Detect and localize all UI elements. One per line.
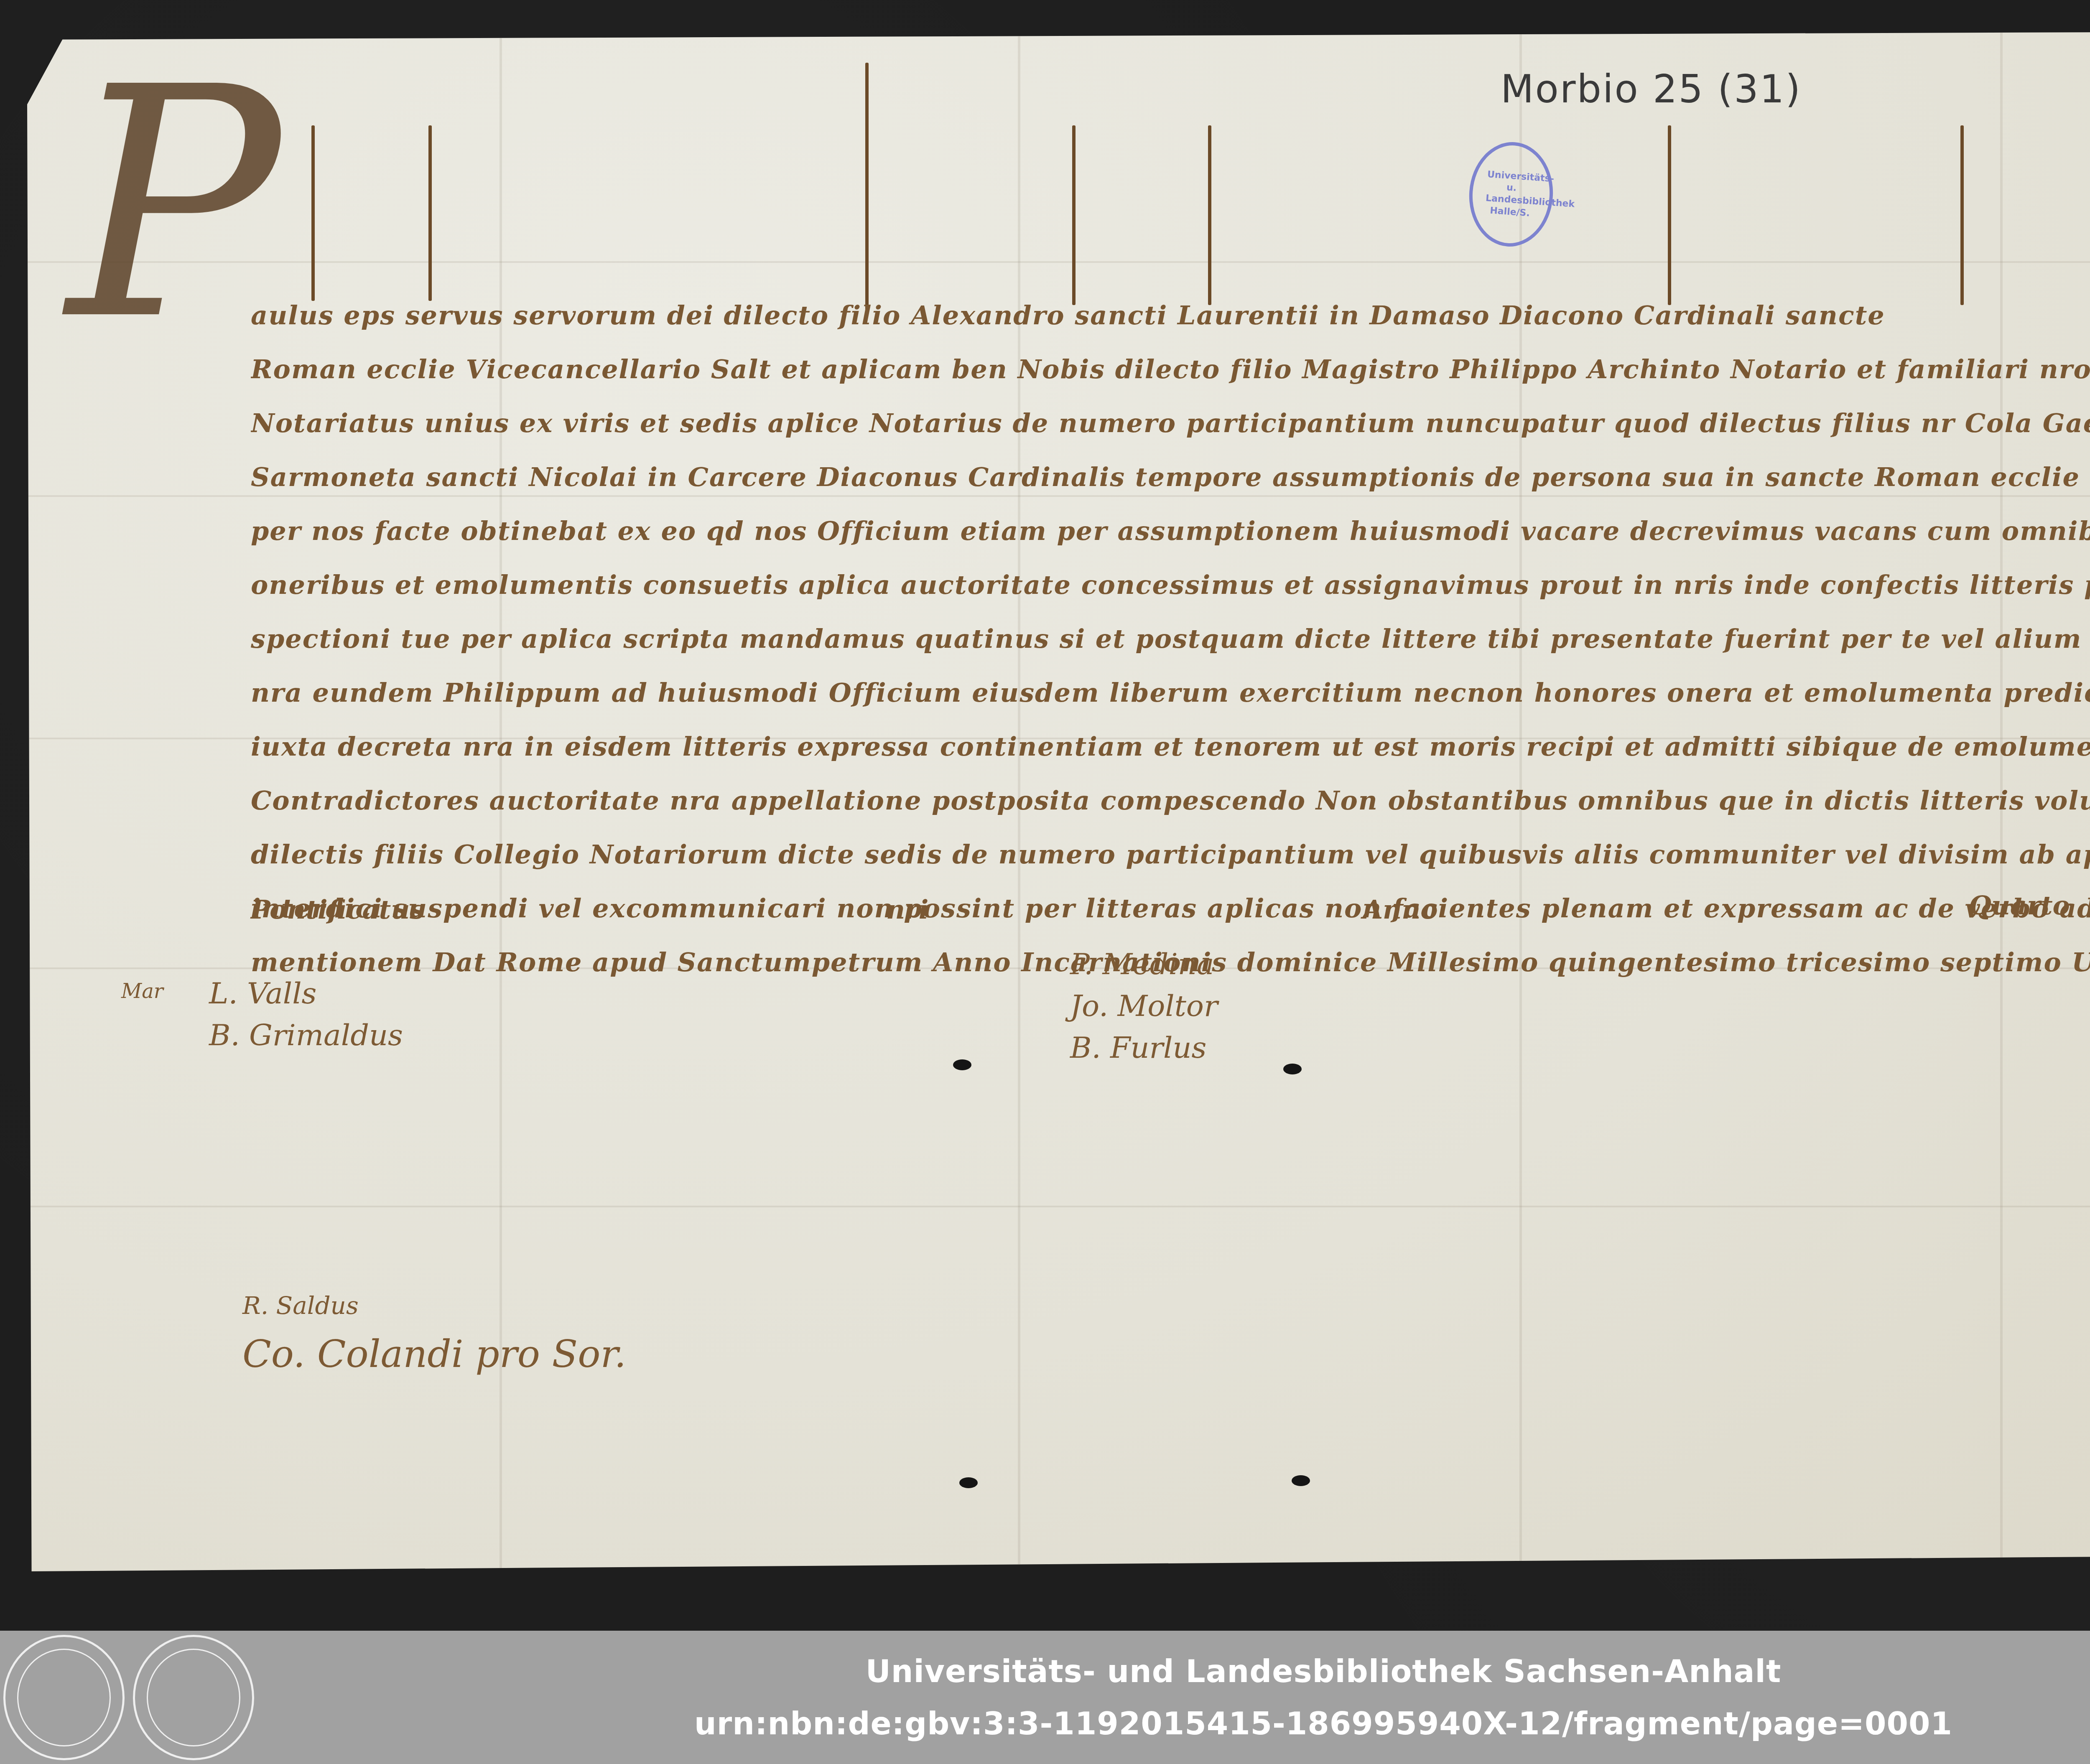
header-stroke [1960, 125, 1964, 305]
dating-nri: nri [886, 894, 928, 925]
header-stroke [865, 63, 869, 313]
footer-banner: Universitäts- und Landesbibliothek Sachs… [0, 1631, 2090, 1764]
signature-mar: Mar [121, 978, 163, 1005]
text-line: iuxta decreta nra in eisdem litteris exp… [251, 720, 2090, 774]
header-stroke [1668, 125, 1671, 305]
urn-identifier[interactable]: urn:nbn:de:gbv:3:3-1192015415-186995940X… [0, 1706, 2090, 1742]
signature-furlus: B. Furlus [1070, 1028, 1206, 1068]
signature-grimaldus: B. Grimaldus [209, 1016, 403, 1055]
text-line: Sarmoneta sancti Nicolai in Carcere Diac… [251, 450, 2090, 504]
text-line: spectioni tue per aplica scripta mandamu… [251, 612, 2090, 666]
text-line: aulus eps servus servorum dei dilecto fi… [251, 288, 2090, 342]
header-stroke [1208, 125, 1211, 305]
text-line: dilectis filiis Collegio Notariorum dict… [251, 827, 2090, 881]
text-line: Notariatus unius ex viris et sedis aplic… [251, 396, 2090, 450]
seal-hole [1283, 1064, 1302, 1074]
document-body-text: aulus eps servus servorum dei dilecto fi… [251, 288, 2090, 989]
text-line: nra eundem Philippum ad huiusmodi Offici… [251, 666, 2090, 720]
seal-hole [1292, 1475, 1310, 1486]
text-line: interdici suspendi vel excommunicari non… [251, 881, 2090, 935]
decorated-initial: P [67, 46, 280, 364]
signature-colandi: Co. Colandi pro Sor. [242, 1329, 626, 1380]
dating-quarto: Quarto [1969, 890, 2070, 921]
header-stroke [1072, 125, 1076, 305]
dating-pontificatus: Pontificatus [251, 894, 424, 925]
seal-hole [953, 1059, 971, 1070]
text-line: per nos facte obtinebat ex eo qd nos Off… [251, 504, 2090, 558]
header-stroke [311, 125, 315, 301]
signature-saldus: R. Saldus [242, 1289, 359, 1322]
fold-line [27, 261, 2090, 263]
shelfmark-annotation: Morbio 25 (31) [1501, 67, 1802, 112]
text-line: Roman ecclie Vicecancellario Salt et apl… [251, 342, 2090, 396]
signature-moltor: Jo. Moltor [1070, 986, 1218, 1026]
signature-valls: L. Valls [209, 974, 317, 1013]
fold-line [27, 1206, 2090, 1207]
library-name: Universitäts- und Landesbibliothek Sachs… [0, 1654, 2090, 1690]
signature-medina: P. Medina [1070, 944, 1214, 984]
text-line: oneribus et emolumentis consuetis aplica… [251, 558, 2090, 612]
text-line: Contradictores auctoritate nra appellati… [251, 774, 2090, 827]
dating-anno: Anno [1363, 894, 1438, 925]
header-stroke [428, 125, 432, 301]
seal-hole [959, 1477, 978, 1488]
